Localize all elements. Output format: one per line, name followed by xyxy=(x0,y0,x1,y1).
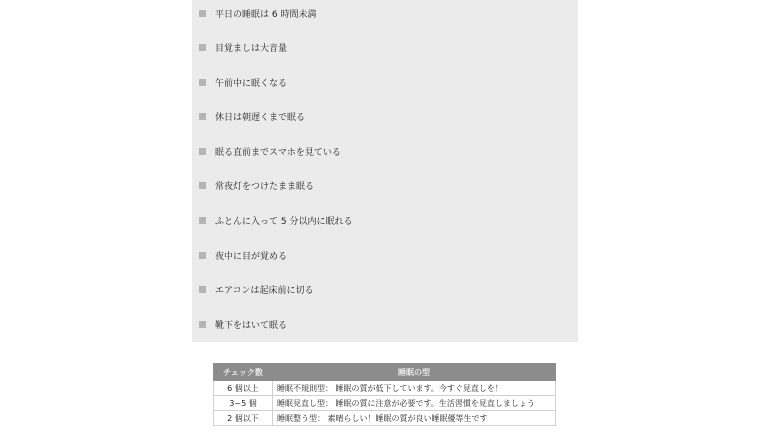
table-header-row: チェック数 睡眠の型 xyxy=(214,364,556,381)
checklist-item-label: エアコンは起床前に切る xyxy=(215,283,314,296)
square-bullet-icon xyxy=(199,252,206,259)
column-header-sleep-type: 睡眠の型 xyxy=(273,364,556,381)
checklist-item[interactable]: 休日は朝遅くまで眠る xyxy=(192,107,305,125)
square-bullet-icon xyxy=(199,286,206,293)
checklist-item-label: 常夜灯をつけたまま眠る xyxy=(215,179,314,192)
table-row: 3~5 個 睡眠見直し型： 睡眠の質に注意が必要です。生活習慣を見直しましょう xyxy=(214,396,556,411)
table-row: 6 個以上 睡眠不規則型： 睡眠の質が低下しています。今すぐ見直しを！ xyxy=(214,381,556,396)
square-bullet-icon xyxy=(199,44,206,51)
sleep-type-cell: 睡眠不規則型： 睡眠の質が低下しています。今すぐ見直しを！ xyxy=(273,381,556,396)
square-bullet-icon xyxy=(199,79,206,86)
checklist-item-label: 午前中に眠くなる xyxy=(215,76,287,89)
checklist-item-label: 平日の睡眠は 6 時間未満 xyxy=(215,7,316,20)
check-count-cell: 3~5 個 xyxy=(214,396,273,411)
check-count-cell: 2 個以下 xyxy=(214,411,273,426)
checklist-item[interactable]: 常夜灯をつけたまま眠る xyxy=(192,176,314,194)
checklist-item-label: 眠る直前までスマホを見ている xyxy=(215,145,341,158)
square-bullet-icon xyxy=(199,182,206,189)
checklist-item[interactable]: 午前中に眠くなる xyxy=(192,73,287,91)
square-bullet-icon xyxy=(199,217,206,224)
sleep-type-table: チェック数 睡眠の型 6 個以上 睡眠不規則型： 睡眠の質が低下しています。今す… xyxy=(213,363,556,426)
checklist-item[interactable]: 夜中に目が覚める xyxy=(192,246,287,264)
square-bullet-icon xyxy=(199,148,206,155)
checklist-item-label: 休日は朝遅くまで眠る xyxy=(215,110,305,123)
checklist-item[interactable]: エアコンは起床前に切る xyxy=(192,280,314,298)
checklist-item-label: 靴下をはいて眠る xyxy=(215,318,287,331)
square-bullet-icon xyxy=(199,113,206,120)
column-header-check-count: チェック数 xyxy=(214,364,273,381)
checklist-item[interactable]: 目覚ましは大音量 xyxy=(192,38,287,56)
checklist-panel: 平日の睡眠は 6 時間未満 目覚ましは大音量 午前中に眠くなる 休日は朝遅くまで… xyxy=(192,0,578,342)
checklist-item[interactable]: 眠る直前までスマホを見ている xyxy=(192,142,341,160)
square-bullet-icon xyxy=(199,10,206,17)
checklist-item[interactable]: 靴下をはいて眠る xyxy=(192,315,287,333)
checklist-item[interactable]: 平日の睡眠は 6 時間未満 xyxy=(192,4,316,22)
checklist-item-label: ふとんに入って 5 分以内に眠れる xyxy=(215,214,352,227)
table-row: 2 個以下 睡眠整う型： 素晴らしい！睡眠の質が良い睡眠優等生です xyxy=(214,411,556,426)
checklist-item-label: 夜中に目が覚める xyxy=(215,249,287,262)
checklist-item-label: 目覚ましは大音量 xyxy=(215,41,287,54)
square-bullet-icon xyxy=(199,321,206,328)
check-count-cell: 6 個以上 xyxy=(214,381,273,396)
sleep-type-cell: 睡眠整う型： 素晴らしい！睡眠の質が良い睡眠優等生です xyxy=(273,411,556,426)
sleep-type-cell: 睡眠見直し型： 睡眠の質に注意が必要です。生活習慣を見直しましょう xyxy=(273,396,556,411)
checklist-item[interactable]: ふとんに入って 5 分以内に眠れる xyxy=(192,211,352,229)
